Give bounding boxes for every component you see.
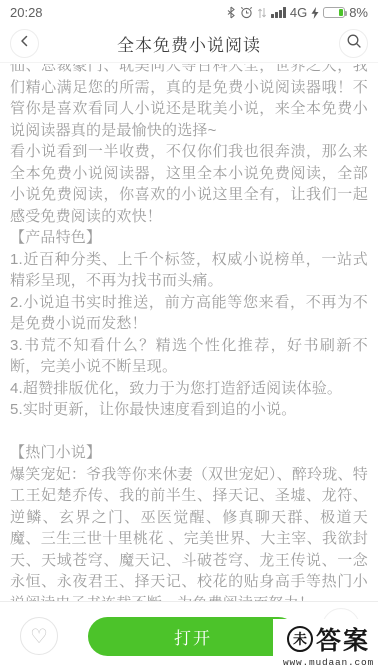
network-type-label: 4G [290,5,307,20]
watermark-logo-icon: 未 [287,626,313,652]
battery-percent-label: 8% [349,5,368,20]
battery-icon [323,7,345,18]
app-store-detail-screen: 20:28 4G 8% 全本免费小说阅读 [0,0,378,672]
heart-icon: ♡ [30,624,48,649]
page-title: 全本免费小说阅读 [117,31,261,56]
description-paragraph: 2.小说追书实时推送，前方高能等您来看，不再为不是免费小说而发愁！ [10,292,368,335]
site-watermark: 未 答案 www.mudaan.com [273,619,378,669]
description-paragraph: 爆笑宠妃：爷我等你来休妻（双世宠妃）、醉玲珑、特工王妃楚乔传、我的前半生、择天记… [10,464,368,602]
description-paragraph [10,421,368,443]
alarm-icon [240,6,253,19]
watermark-row: 未 答案 [287,621,370,657]
favorite-button[interactable]: ♡ [20,617,58,655]
description-paragraph: 5.实时更新，让你最快速度看到追的小说。 [10,399,368,421]
description-paragraph: 4.超赞排版优化，致力于为您打造舒适阅读体验。 [10,378,368,400]
clock-time: 20:28 [10,5,43,20]
search-button[interactable] [339,29,368,58]
network-activity-icon [257,7,267,19]
description-paragraph: 【产品特色】 [10,227,368,249]
app-description-text: 仙、总裁豪门、耽美同人等百科大全，世界之大，我们精心满足您的所需，真的是免费小说… [10,64,368,601]
watermark-brand: 答案 [316,621,370,657]
search-icon [346,33,362,54]
open-app-button[interactable]: 打开 [88,617,298,656]
back-button[interactable] [10,29,39,58]
status-bar: 20:28 4G 8% [0,0,378,25]
bottom-action-bar: ♡ 打开 未 答案 www.mudaan.com [0,601,378,672]
app-header: 全本免费小说阅读 [0,25,378,63]
description-paragraph: 3.书荒不知看什么？精选个性化推荐，好书刷新不断，完美小说不断呈现。 [10,335,368,378]
description-paragraph: 看小说看到一半收费，不仅你们我也很奔溃，那么来全本免费小说阅读器，这里全本小说免… [10,141,368,227]
description-paragraph: 【热门小说】 [10,442,368,464]
charging-icon [311,7,319,19]
status-bar-right: 4G 8% [226,5,368,20]
app-description-scroll-area[interactable]: 仙、总裁豪门、耽美同人等百科大全，世界之大，我们精心满足您的所需，真的是免费小说… [0,64,378,601]
chevron-left-icon [18,34,32,53]
watermark-url: www.mudaan.com [283,657,374,668]
open-button-label: 打开 [174,624,212,649]
description-paragraph: 1.近百种分类、上千个标签，权威小说榜单，一站式精彩呈现，不再为找书而头痛。 [10,249,368,292]
description-paragraph: 仙、总裁豪门、耽美同人等百科大全，世界之大，我们精心满足您的所需，真的是免费小说… [10,64,368,141]
signal-strength-icon [271,7,286,18]
bluetooth-icon [226,6,236,19]
